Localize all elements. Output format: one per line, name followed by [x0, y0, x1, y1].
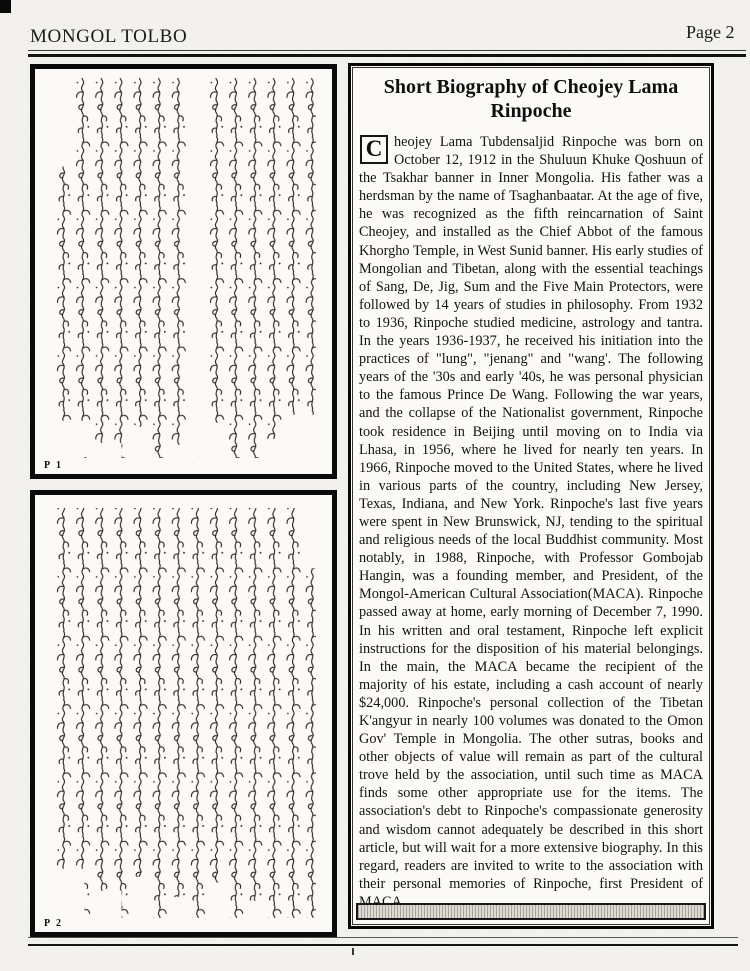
header-rule-thick: [28, 54, 746, 57]
mongolian-script-panel-1: P 1: [30, 64, 337, 479]
article-content: Short Biography of Cheojey Lama Rinpoche…: [358, 70, 704, 922]
biography-article-box: Short Biography of Cheojey Lama Rinpoche…: [348, 63, 714, 929]
decorative-divider-bar: [356, 903, 706, 920]
footer-rule-thin: [28, 937, 738, 938]
newsletter-title: MONGOL TOLBO: [30, 26, 187, 48]
scanned-newsletter-page: { "header": { "title": "MONGOL TOLBO", "…: [0, 0, 750, 971]
drop-cap: C: [360, 135, 388, 164]
article-body: Cheojey Lama Tubdensaljid Rinpoche was b…: [358, 133, 704, 911]
article-title: Short Biography of Cheojey Lama Rinpoche: [358, 75, 704, 123]
panel-2-label: P 2: [44, 918, 63, 929]
scan-artifact-tick: [352, 948, 354, 955]
header-rule-thin: [28, 50, 746, 51]
footer-rule-thick: [28, 944, 738, 946]
panel-1-label: P 1: [44, 460, 63, 471]
mongolian-script-panel-2: P 2: [30, 490, 337, 937]
scan-artifact-corner: [0, 0, 11, 13]
mongolian-script-art-2: [35, 495, 332, 932]
article-text: heojey Lama Tubdensaljid Rinpoche was bo…: [359, 134, 703, 910]
page-number: Page 2: [686, 22, 735, 43]
mongolian-script-art-1: [35, 69, 332, 474]
